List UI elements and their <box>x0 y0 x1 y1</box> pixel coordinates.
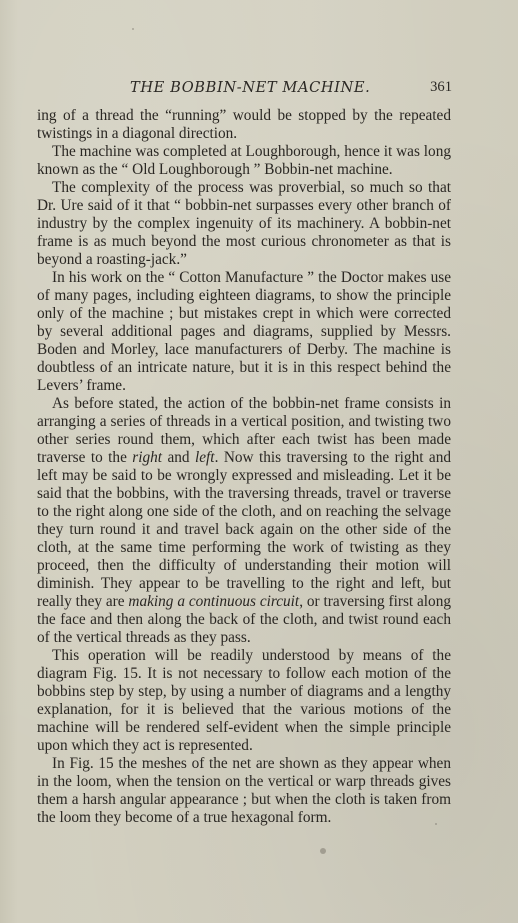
paper-speck <box>435 823 437 825</box>
running-title: THE BOBBIN-NET MACHINE. <box>130 79 370 96</box>
paragraph-6: This operation will be readily understoo… <box>37 647 451 755</box>
paragraph-2: The machine was completed at Loughboroug… <box>37 143 451 179</box>
paper-speck <box>132 28 134 30</box>
paragraph-5: As before stated, the action of the bobb… <box>37 395 451 647</box>
book-page: THE BOBBIN-NET MACHINE. 361 ing of a thr… <box>0 0 518 923</box>
running-head: THE BOBBIN-NET MACHINE. 361 <box>36 79 450 101</box>
paragraph-text: This operation will be readily understoo… <box>37 647 451 754</box>
italic-emphasis: right <box>132 449 162 466</box>
page-number: 361 <box>430 79 452 96</box>
paragraph-7: In Fig. 15 the meshes of the net are sho… <box>37 755 451 827</box>
paragraph-text: In his work on the “ Cotton Manufacture … <box>37 269 451 394</box>
paragraph-text: and <box>162 449 195 466</box>
paragraph-text: ing of a thread the “running” would be s… <box>37 107 451 142</box>
body-text: ing of a thread the “running” would be s… <box>37 107 451 827</box>
paragraph-text: In Fig. 15 the meshes of the net are sho… <box>37 755 451 826</box>
italic-emphasis: making a continuous circuit <box>128 593 299 610</box>
paragraph-text: . Now this traversing to the right and l… <box>37 449 451 610</box>
paper-speck <box>320 848 326 854</box>
paragraph-text: The complexity of the process was prover… <box>37 179 451 268</box>
paragraph-text: The machine was completed at Loughboroug… <box>37 143 451 178</box>
paragraph-3: The complexity of the process was prover… <box>37 179 451 269</box>
paragraph-4: In his work on the “ Cotton Manufacture … <box>37 269 451 395</box>
paragraph-1: ing of a thread the “running” would be s… <box>37 107 451 143</box>
italic-emphasis: left <box>195 449 215 466</box>
